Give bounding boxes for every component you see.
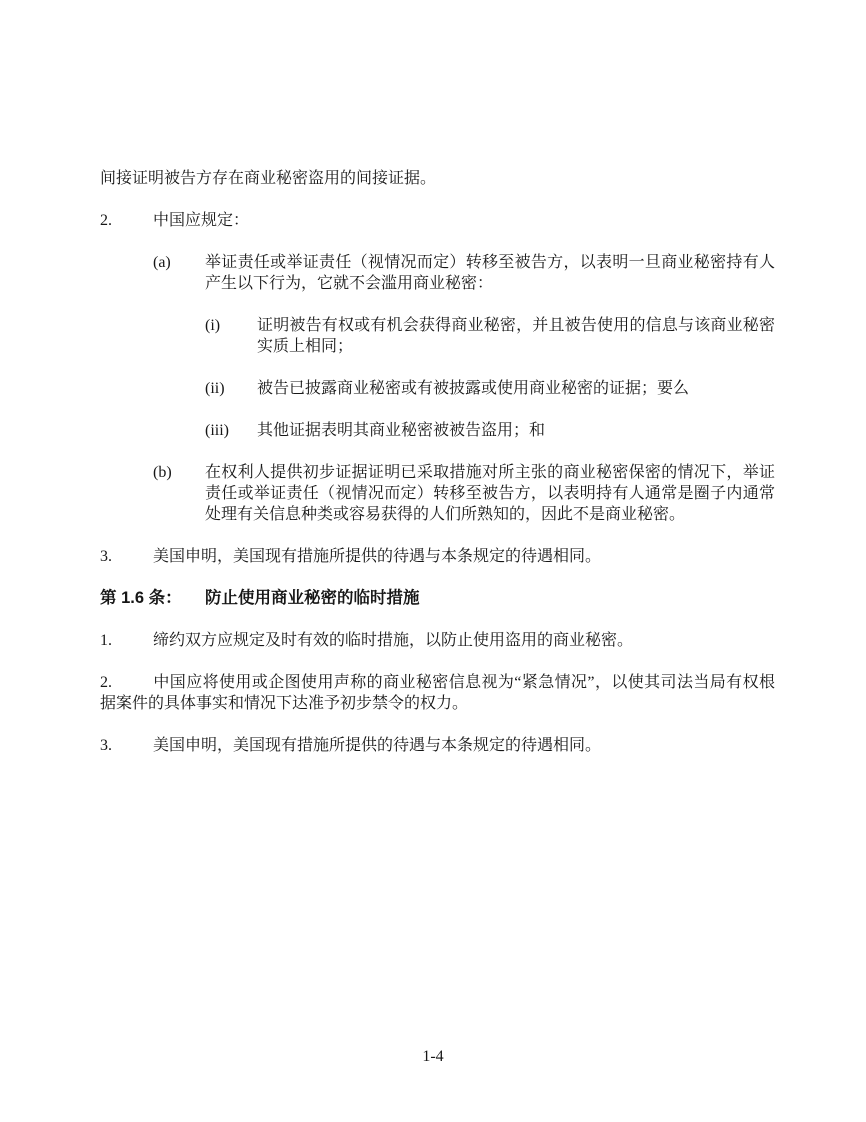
subparagraph-text: 在权利人提供初步证据证明已采取措施对所主张的商业秘密保密的情况下，举证责任或举证…	[205, 462, 775, 525]
clause-text: 被告已披露商业秘密或有被披露或使用商业秘密的证据；要么	[257, 378, 775, 399]
paragraph-text: 美国申明，美国现有措施所提供的待遇与本条规定的待遇相同。	[153, 737, 601, 754]
clause-i: (i) 证明被告有权或有机会获得商业秘密，并且被告使用的信息与该商业秘密实质上相…	[100, 315, 775, 357]
paragraph-numbered: 2.中国应规定：	[100, 210, 775, 231]
article-title: 防止使用商业秘密的临时措施	[205, 588, 775, 609]
paragraph-numbered: 3.美国申明，美国现有措施所提供的待遇与本条规定的待遇相同。	[100, 735, 775, 756]
clause-iii: (iii) 其他证据表明其商业秘密被被告盗用；和	[100, 420, 775, 441]
paragraph-number: 1.	[100, 630, 153, 651]
clause-text: 证明被告有权或有机会获得商业秘密，并且被告使用的信息与该商业秘密实质上相同；	[257, 315, 775, 357]
clause-label: (ii)	[205, 378, 257, 399]
paragraph-text: 美国申明，美国现有措施所提供的待遇与本条规定的待遇相同。	[153, 548, 601, 565]
paragraph-text: 缔约双方应规定及时有效的临时措施，以防止使用盗用的商业秘密。	[153, 632, 633, 649]
paragraph-number: 3.	[100, 546, 153, 567]
paragraph-text: 间接证明被告方存在商业秘密盗用的间接证据。	[100, 170, 436, 187]
clause-ii: (ii) 被告已披露商业秘密或有被披露或使用商业秘密的证据；要么	[100, 378, 775, 399]
subparagraph-text: 举证责任或举证责任（视情况而定）转移至被告方，以表明一旦商业秘密持有人产生以下行…	[205, 252, 775, 294]
paragraph-text: 中国应将使用或企图使用声称的商业秘密信息视为“紧急情况”，以使其司法当局有权根据…	[100, 674, 775, 712]
document-page: 间接证明被告方存在商业秘密盗用的间接证据。 2.中国应规定： (a) 举证责任或…	[0, 0, 866, 1122]
paragraph-text: 中国应规定：	[153, 212, 249, 229]
paragraph-number: 2.	[100, 672, 153, 693]
clause-text: 其他证据表明其商业秘密被被告盗用；和	[257, 420, 775, 441]
paragraph-continuation: 间接证明被告方存在商业秘密盗用的间接证据。	[100, 168, 775, 189]
subparagraph-label: (b)	[153, 462, 205, 525]
clause-label: (i)	[205, 315, 257, 357]
article-heading: 第 1.6 条： 防止使用商业秘密的临时措施	[100, 588, 775, 609]
paragraph-numbered: 3.美国申明，美国现有措施所提供的待遇与本条规定的待遇相同。	[100, 546, 775, 567]
footer: 1-4	[0, 1046, 866, 1067]
paragraph-number: 2.	[100, 210, 153, 231]
paragraph-numbered: 2.中国应将使用或企图使用声称的商业秘密信息视为“紧急情况”，以使其司法当局有权…	[100, 672, 775, 714]
subparagraph-label: (a)	[153, 252, 205, 294]
paragraph-numbered: 1.缔约双方应规定及时有效的临时措施，以防止使用盗用的商业秘密。	[100, 630, 775, 651]
paragraph-number: 3.	[100, 735, 153, 756]
subparagraph-a: (a) 举证责任或举证责任（视情况而定）转移至被告方，以表明一旦商业秘密持有人产…	[100, 252, 775, 294]
article-number: 第 1.6 条：	[100, 588, 205, 609]
clause-label: (iii)	[205, 420, 257, 441]
subparagraph-b: (b) 在权利人提供初步证据证明已采取措施对所主张的商业秘密保密的情况下，举证责…	[100, 462, 775, 525]
page-number: 1-4	[422, 1048, 443, 1065]
